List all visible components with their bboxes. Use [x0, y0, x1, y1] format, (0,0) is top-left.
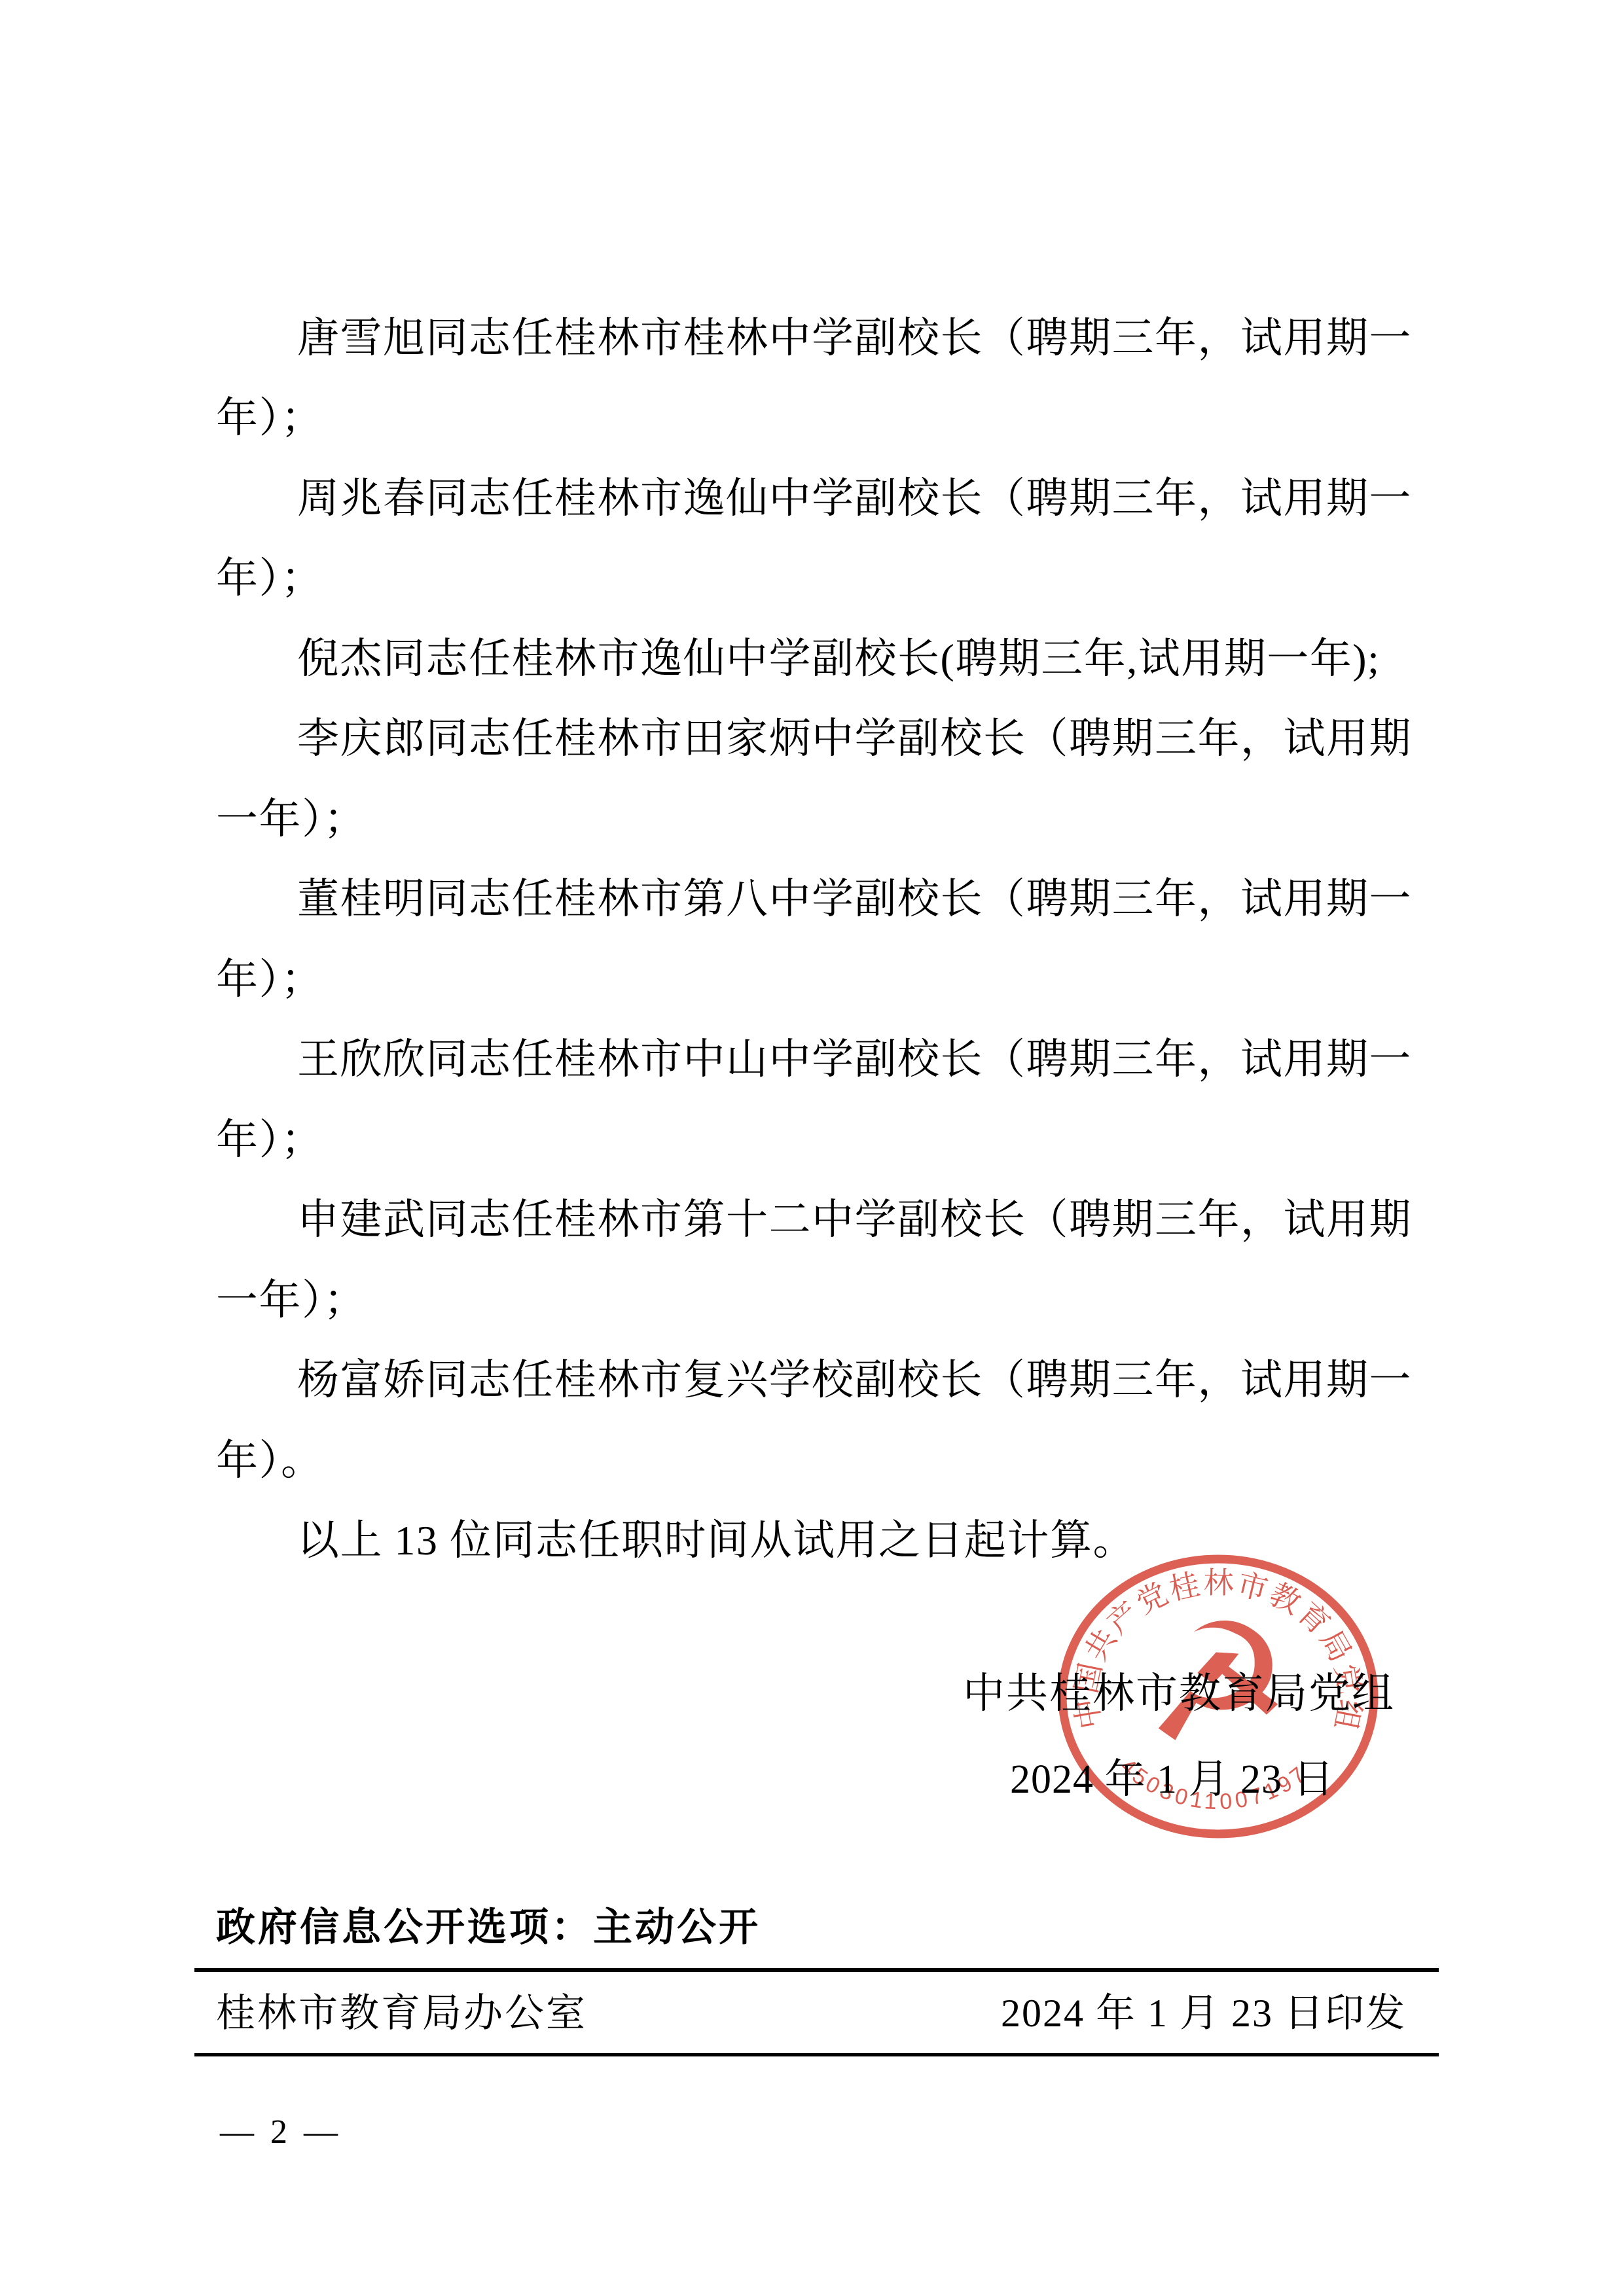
body-line: 唐雪旭同志任桂林市桂林中学副校长（聘期三年，试用期一 [297, 317, 1412, 359]
footer-rule-top [194, 1968, 1439, 1972]
disclosure-note: 政府信息公开选项：主动公开 [216, 1908, 761, 1947]
document-page: 唐雪旭同志任桂林市桂林中学副校长（聘期三年，试用期一 年）； 周兆春同志任桂林市… [0, 0, 1624, 2296]
body-line: 申建武同志任桂林市第十二中学副校长（聘期三年，试用期 [297, 1199, 1412, 1241]
print-date: 2024 年 1 月 23 日印发 [1001, 1994, 1406, 2033]
body-line: 一年）； [216, 1280, 367, 1321]
body-line: 李庆郎同志任桂林市田家炳中学副校长（聘期三年，试用期 [297, 718, 1412, 760]
official-seal: ☭ 中国共产党桂林市教育局党组 4503011007197 [1047, 1545, 1394, 1852]
body-line: 董桂明同志任桂林市第八中学副校长（聘期三年，试用期一 [297, 878, 1412, 920]
body-line: 以上 13 位同志任职时间从试用之日起计算。 [297, 1520, 1136, 1562]
body-line: 周兆春同志任桂林市逸仙中学副校长（聘期三年，试用期一 [297, 478, 1412, 520]
body-line: 一年）； [216, 798, 367, 840]
body-line: 年）； [216, 959, 324, 1001]
body-line: 年）； [216, 1119, 324, 1161]
body-line: 年）。 [216, 1440, 324, 1482]
issuing-office: 桂林市教育局办公室 [216, 1994, 587, 2033]
footer-rule-bottom [194, 2053, 1439, 2056]
body-line: 杨富娇同志任桂林市复兴学校副校长（聘期三年，试用期一 [297, 1359, 1412, 1401]
body-line: 王欣欣同志任桂林市中山中学副校长（聘期三年，试用期一 [297, 1039, 1412, 1081]
body-line: 年）； [216, 397, 324, 439]
party-emblem-icon: ☭ [1145, 1588, 1291, 1779]
page-number: — 2 — [220, 2115, 342, 2149]
body-line: 倪杰同志任桂林市逸仙中学副校长(聘期三年,试用期一年); [297, 638, 1380, 680]
body-line: 年）； [216, 558, 324, 600]
